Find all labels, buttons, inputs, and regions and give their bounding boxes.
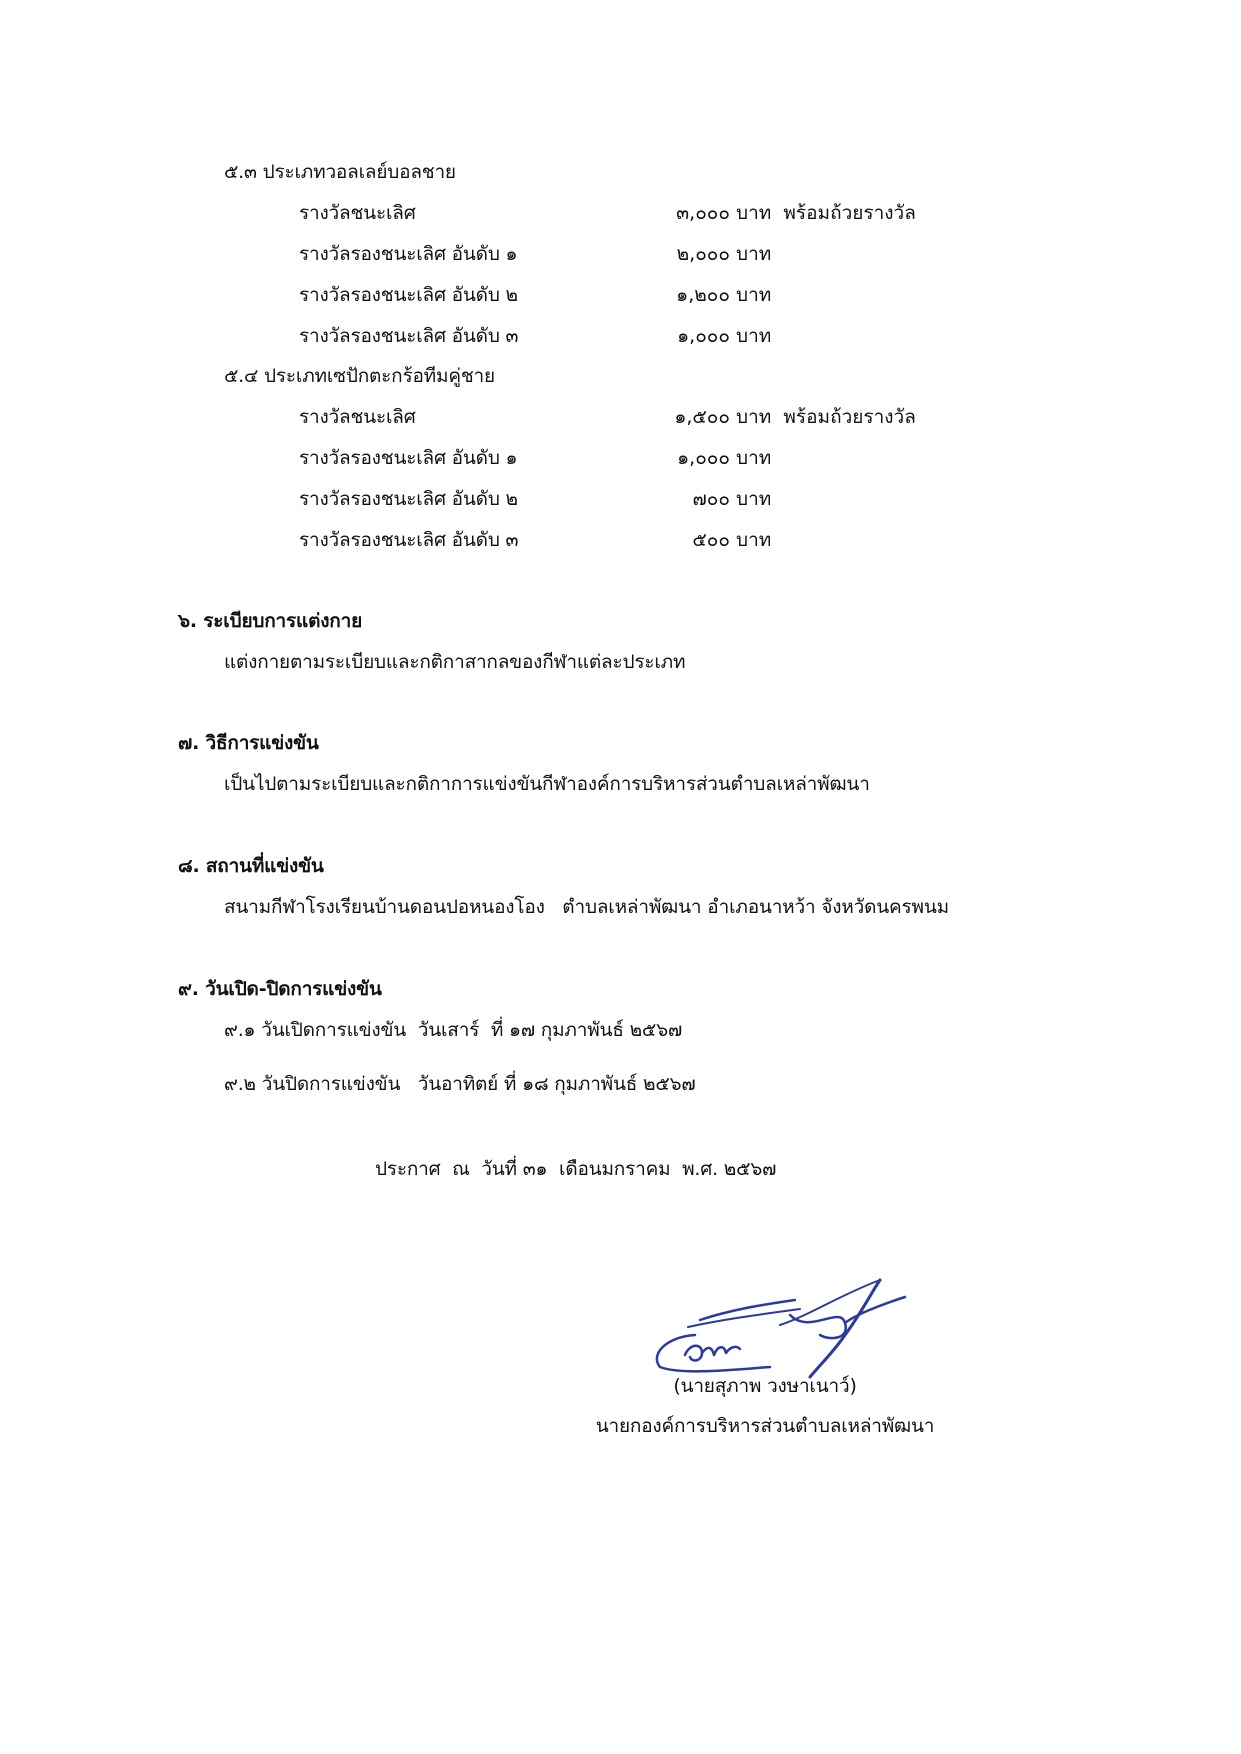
prize-amount: ๑,๐๐๐ บาท <box>620 444 771 472</box>
volleyball-heading: ๕.๓ ประเภทวอลเลย์บอลชาย <box>224 158 456 186</box>
section-heading-venue: ๘. สถานที่แข่งขัน <box>178 852 324 880</box>
signatory-title: นายกองค์การบริหารส่วนตำบลเหล่าพัฒนา <box>560 1412 970 1440</box>
prize-amount: ๓,๐๐๐ บาท พร้อมถ้วยรางวัล <box>620 199 916 227</box>
prize-label: รางวัลชนะเลิศ <box>299 199 416 227</box>
section-heading-dress: ๖. ระเบียบการแต่งกาย <box>178 607 362 635</box>
prize-label: รางวัลรองชนะเลิศ อันดับ ๒ <box>299 281 518 309</box>
section-heading-dates: ๙. วันเปิด-ปิดการแข่งขัน <box>178 975 382 1003</box>
announcement-date: ประกาศ ณ วันที่ ๓๑ เดือนมกราคม พ.ศ. ๒๕๖๗ <box>375 1155 776 1183</box>
section-body-dress: แต่งกายตามระเบียบและกติกาสากลของกีฬาแต่ล… <box>224 648 685 676</box>
prize-label: รางวัลรองชนะเลิศ อันดับ ๑ <box>299 240 517 268</box>
prize-label: รางวัลชนะเลิศ <box>299 403 416 431</box>
prize-label: รางวัลรองชนะเลิศ อันดับ ๒ <box>299 485 518 513</box>
section-body-method: เป็นไปตามระเบียบและกติกาการแข่งขันกีฬาอง… <box>224 770 870 798</box>
sepak-takraw-heading: ๕.๔ ประเภทเซปักตะกร้อทีมคู่ชาย <box>224 362 495 390</box>
prize-amount: ๗๐๐ บาท <box>620 485 771 513</box>
prize-amount: ๒,๐๐๐ บาท <box>620 240 771 268</box>
prize-amount: ๕๐๐ บาท <box>620 526 771 554</box>
prize-label: รางวัลรองชนะเลิศ อันดับ ๓ <box>299 526 518 554</box>
prize-label: รางวัลรองชนะเลิศ อันดับ ๑ <box>299 444 517 472</box>
closing-date: ๙.๒ วันปิดการแข่งขัน วันอาทิตย์ ที่ ๑๘ ก… <box>224 1070 695 1098</box>
section-body-venue: สนามกีฬาโรงเรียนบ้านดอนปอหนองโอง ตำบลเหล… <box>224 893 949 921</box>
opening-date: ๙.๑ วันเปิดการแข่งขัน วันเสาร์ ที่ ๑๗ กุ… <box>224 1016 682 1044</box>
prize-amount: ๑,๒๐๐ บาท <box>620 281 771 309</box>
prize-label: รางวัลรองชนะเลิศ อันดับ ๓ <box>299 322 518 350</box>
prize-amount: ๑,๐๐๐ บาท <box>620 322 771 350</box>
section-heading-method: ๗. วิธีการแข่งขัน <box>178 729 319 757</box>
signature-image <box>640 1275 920 1385</box>
signatory-name: (นายสุภาพ วงษาเนาว์) <box>600 1372 930 1400</box>
prize-amount: ๑,๕๐๐ บาท พร้อมถ้วยรางวัล <box>620 403 916 431</box>
